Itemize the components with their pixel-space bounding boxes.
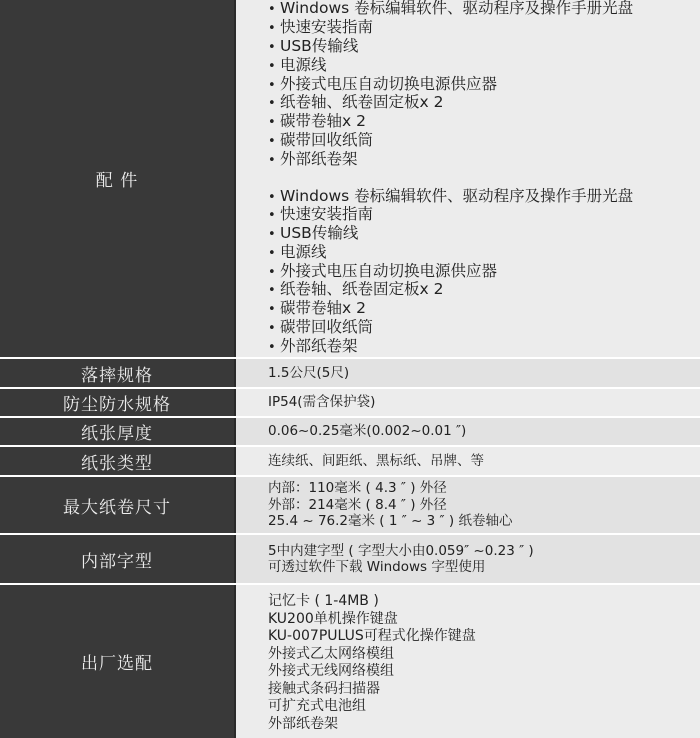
- list-item: 纸卷轴、纸卷固定板x 2: [268, 94, 700, 113]
- row-value: Windows 卷标编辑软件、驱动程序及操作手册光盘 快速安装指南 USB传输线…: [236, 0, 700, 357]
- spec-row-fonts: 内部字型 5中内建字型 ( 字型大小由0.059″ ~0.23 ″ ) 可透过软…: [0, 535, 700, 585]
- row-label: 防尘防水规格: [0, 389, 236, 416]
- value-line: 外接式无线网络模组: [268, 663, 700, 681]
- list-item: 纸卷轴、纸卷固定板x 2: [268, 281, 700, 300]
- list-item: Windows 卷标编辑软件、驱动程序及操作手册光盘: [268, 0, 700, 19]
- value-line: 1.5公尺(5尺): [268, 365, 700, 382]
- list-item: USB传输线: [268, 225, 700, 244]
- row-label: 配 件: [0, 0, 236, 357]
- spec-row-thickness: 纸张厚度 0.06~0.25毫米(0.002~0.01 ″): [0, 418, 700, 447]
- value-line: 外部：214毫米 ( 8.4 ″ ) 外径: [268, 497, 700, 514]
- value-line: 可扩充式电池组: [268, 698, 700, 716]
- spec-row-ip: 防尘防水规格 IP54(需含保护袋): [0, 389, 700, 418]
- row-value: 连续纸、间距纸、黑标纸、吊牌、等: [236, 447, 700, 475]
- row-label: 纸张厚度: [0, 418, 236, 445]
- spec-row-paper-type: 纸张类型 连续纸、间距纸、黑标纸、吊牌、等: [0, 447, 700, 477]
- row-label: 内部字型: [0, 535, 236, 583]
- spec-row-accessories: 配 件 Windows 卷标编辑软件、驱动程序及操作手册光盘 快速安装指南 US…: [0, 0, 700, 359]
- spec-row-roll-size: 最大纸卷尺寸 内部：110毫米 ( 4.3 ″ ) 外径 外部：214毫米 ( …: [0, 477, 700, 535]
- list-item: 碳带卷轴x 2: [268, 113, 700, 132]
- value-line: 可透过软件下载 Windows 字型使用: [268, 559, 700, 576]
- row-value: 内部：110毫米 ( 4.3 ″ ) 外径 外部：214毫米 ( 8.4 ″ )…: [236, 477, 700, 533]
- value-line: KU-007PULUS可程式化操作键盘: [268, 628, 700, 646]
- spec-row-drop: 落摔规格 1.5公尺(5尺): [0, 359, 700, 389]
- accessory-list: Windows 卷标编辑软件、驱动程序及操作手册光盘 快速安装指南 USB传输线…: [268, 188, 700, 357]
- value-line: 连续纸、间距纸、黑标纸、吊牌、等: [268, 453, 700, 470]
- value-line: 0.06~0.25毫米(0.002~0.01 ″): [268, 423, 700, 440]
- row-label: 最大纸卷尺寸: [0, 477, 236, 533]
- spec-row-options: 出厂选配 记忆卡 ( 1-4MB ) KU200单机操作键盘 KU-007PUL…: [0, 585, 700, 738]
- row-value: 1.5公尺(5尺): [236, 359, 700, 387]
- row-value: IP54(需含保护袋): [236, 389, 700, 416]
- list-item: 电源线: [268, 244, 700, 263]
- row-value: 0.06~0.25毫米(0.002~0.01 ″): [236, 418, 700, 445]
- list-item: 碳带卷轴x 2: [268, 300, 700, 319]
- value-line: 记忆卡 ( 1-4MB ): [268, 593, 700, 611]
- value-line: 25.4 ~ 76.2毫米 ( 1 ″ ~ 3 ″ ) 纸卷轴心: [268, 513, 700, 530]
- value-line: 接触式条码扫描器: [268, 681, 700, 699]
- row-label: 纸张类型: [0, 447, 236, 475]
- value-line: KU200单机操作键盘: [268, 611, 700, 629]
- list-item: USB传输线: [268, 38, 700, 57]
- value-line: 外接式乙太网络模组: [268, 646, 700, 664]
- accessory-list: Windows 卷标编辑软件、驱动程序及操作手册光盘 快速安装指南 USB传输线…: [268, 0, 700, 169]
- value-line: 5中内建字型 ( 字型大小由0.059″ ~0.23 ″ ): [268, 543, 700, 560]
- list-item: 外部纸卷架: [268, 151, 700, 170]
- list-item: Windows 卷标编辑软件、驱动程序及操作手册光盘: [268, 188, 700, 207]
- spec-table: 配 件 Windows 卷标编辑软件、驱动程序及操作手册光盘 快速安装指南 US…: [0, 0, 700, 738]
- row-label: 落摔规格: [0, 359, 236, 387]
- list-item: 快速安装指南: [268, 19, 700, 38]
- list-item: 碳带回收纸筒: [268, 132, 700, 151]
- row-value: 记忆卡 ( 1-4MB ) KU200单机操作键盘 KU-007PULUS可程式…: [236, 585, 700, 738]
- list-item: 外接式电压自动切换电源供应器: [268, 263, 700, 282]
- value-line: IP54(需含保护袋): [268, 394, 700, 411]
- list-item: 外部纸卷架: [268, 338, 700, 357]
- list-item: 外接式电压自动切换电源供应器: [268, 76, 700, 95]
- list-item: 电源线: [268, 57, 700, 76]
- value-line: 外部纸卷架: [268, 716, 700, 734]
- list-item: 快速安装指南: [268, 206, 700, 225]
- row-value: 5中内建字型 ( 字型大小由0.059″ ~0.23 ″ ) 可透过软件下载 W…: [236, 535, 700, 583]
- value-line: 内部：110毫米 ( 4.3 ″ ) 外径: [268, 480, 700, 497]
- list-item: 碳带回收纸筒: [268, 319, 700, 338]
- row-label: 出厂选配: [0, 585, 236, 738]
